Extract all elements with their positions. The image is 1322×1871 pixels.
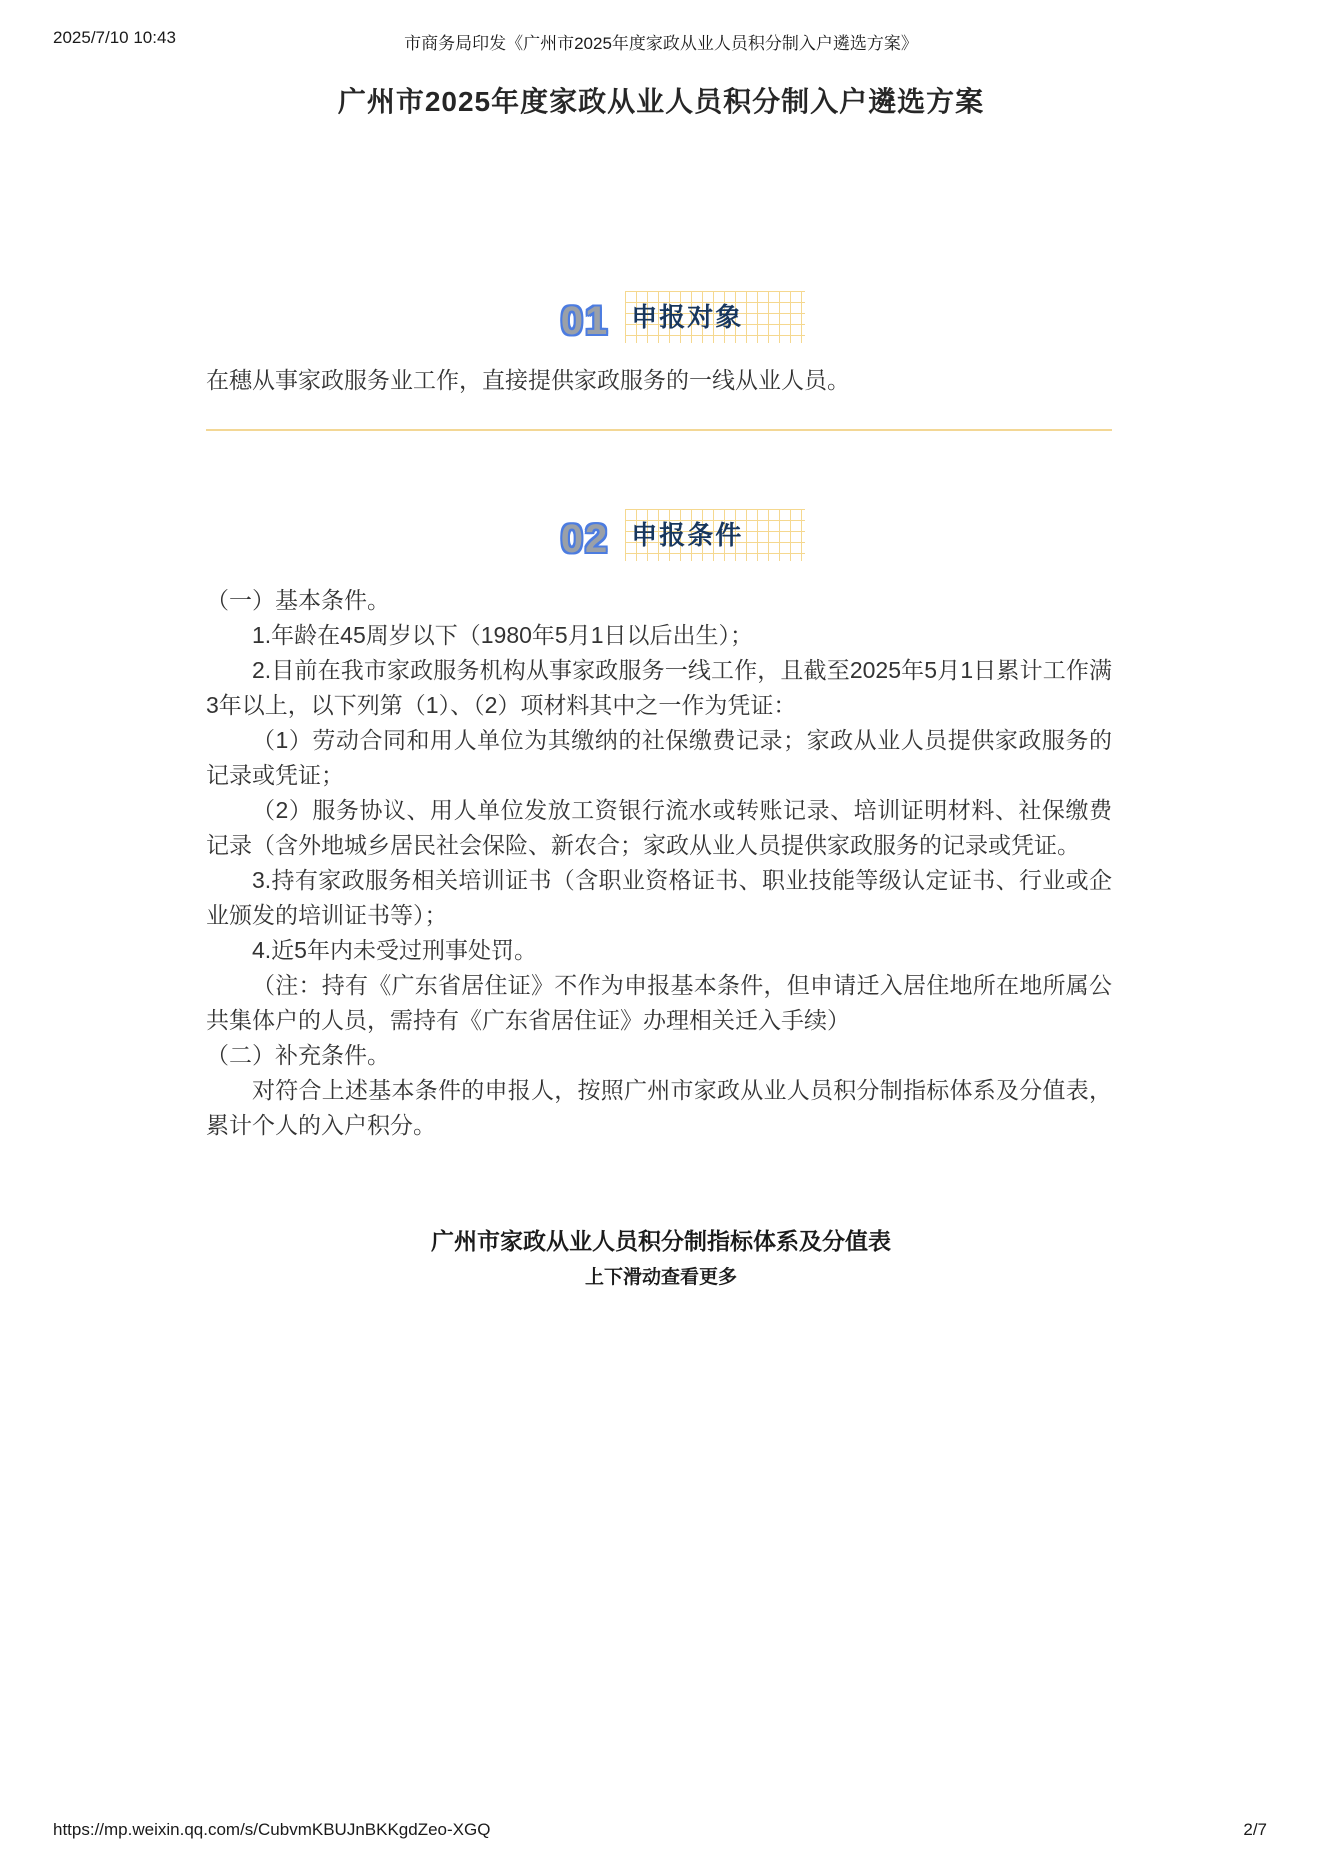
print-document-title: 市商务局印发《广州市2025年度家政从业人员积分制入户遴选方案》 [0, 29, 1322, 54]
table-title: 广州市家政从业人员积分制指标体系及分值表 [0, 1223, 1322, 1256]
print-header: 2025/7/10 10:43 市商务局印发《广州市2025年度家政从业人员积分… [0, 28, 1322, 52]
section-title-01: 申报对象 [631, 302, 743, 332]
grid-decoration: 申报对象 [625, 291, 805, 343]
body-paragraph: 4.近5年内未受过刑事处罚。 [206, 933, 1112, 968]
body-paragraph: 2.目前在我市家政服务机构从事家政服务一线工作，且截至2025年5月1日累计工作… [206, 653, 1112, 723]
section-heading-01: 01 申报对象 [22, 291, 1322, 343]
section-heading-02: 02 申报条件 [22, 509, 1322, 561]
body-paragraph: （一）基本条件。 [206, 583, 1112, 618]
footer-url: https://mp.weixin.qq.com/s/CubvmKBUJnBKK… [53, 1820, 490, 1840]
body-paragraph: 3.持有家政服务相关培训证书（含职业资格证书、职业技能等级认定证书、行业或企业颁… [206, 863, 1112, 933]
section-divider [206, 429, 1112, 431]
body-paragraph: （二）补充条件。 [206, 1038, 1112, 1073]
section-number-02: 02 [561, 519, 610, 559]
section-02-body: （一）基本条件。 1.年龄在45周岁以下（1980年5月1日以后出生）； 2.目… [206, 583, 1112, 1143]
body-paragraph: （注：持有《广东省居住证》不作为申报基本条件，但申请迁入居住地所在地所属公共集体… [206, 968, 1112, 1038]
article-title: 广州市2025年度家政从业人员积分制入户遴选方案 [0, 80, 1322, 120]
body-paragraph: （1）劳动合同和用人单位为其缴纳的社保缴费记录；家政从业人员提供家政服务的记录或… [206, 723, 1112, 793]
page-indicator: 2/7 [1243, 1820, 1267, 1840]
scroll-hint-label: 上下滑动查看更多 [0, 1262, 1322, 1289]
section-number-01: 01 [561, 301, 610, 341]
grid-decoration: 申报条件 [625, 509, 805, 561]
section-01-body: 在穗从事家政服务业工作，直接提供家政服务的一线从业人员。 [206, 363, 1112, 398]
section-title-02: 申报条件 [631, 520, 743, 550]
body-paragraph: 对符合上述基本条件的申报人，按照广州市家政从业人员积分制指标体系及分值表，累计个… [206, 1073, 1112, 1143]
body-paragraph: 在穗从事家政服务业工作，直接提供家政服务的一线从业人员。 [206, 363, 1112, 398]
body-paragraph: （2）服务协议、用人单位发放工资银行流水或转账记录、培训证明材料、社保缴费记录（… [206, 793, 1112, 863]
print-footer: https://mp.weixin.qq.com/s/CubvmKBUJnBKK… [0, 1820, 1322, 1844]
body-paragraph: 1.年龄在45周岁以下（1980年5月1日以后出生）； [206, 618, 1112, 653]
